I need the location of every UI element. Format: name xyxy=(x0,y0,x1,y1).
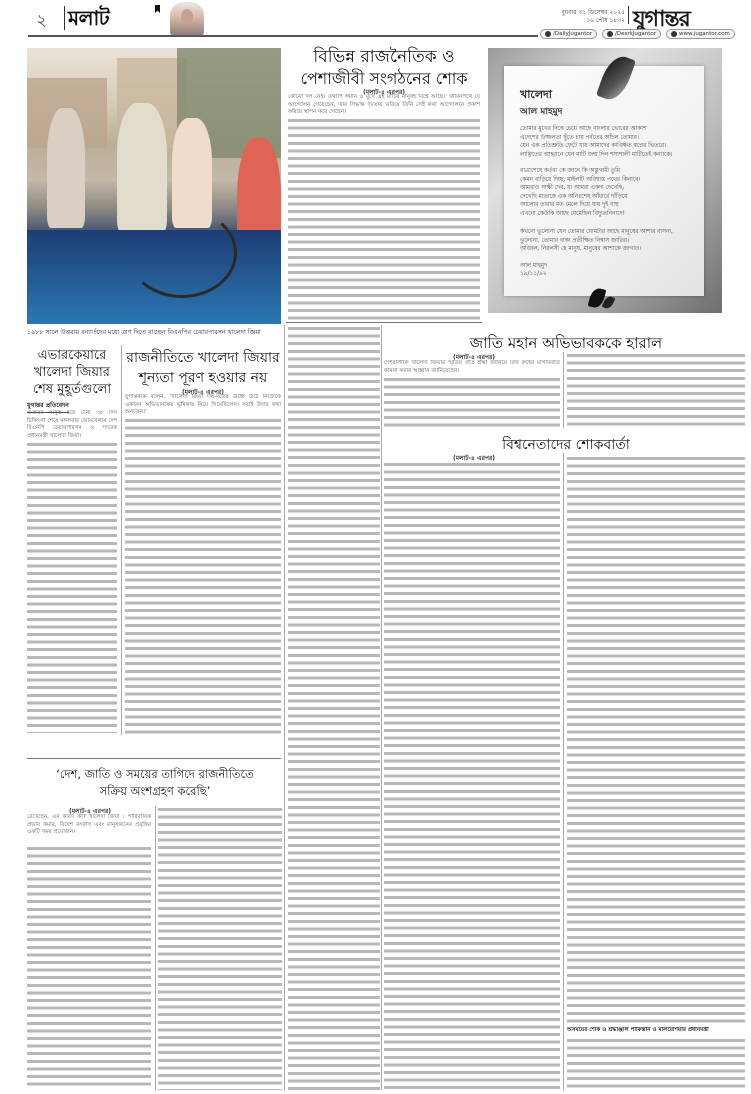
poem-title: খালেদা xyxy=(520,86,552,105)
bookmark-icon xyxy=(155,5,160,13)
x-icon xyxy=(545,31,551,37)
headline-interview-2: সক্রিয় অংশগ্রহণ করেছি’ xyxy=(27,783,283,802)
article-body-guardian-col1 xyxy=(384,376,560,428)
article-body-world-leaders-col1 xyxy=(384,461,560,1090)
dateline: বুধবার ৩১ ডিসেম্বর ২০২৫ ১৬ পৌষ ১৪৩২ xyxy=(520,9,625,25)
article-body-world-leaders-col2 xyxy=(567,455,745,1025)
section-title: মলাট xyxy=(68,4,109,37)
article-body-vacuum-lead: যুগান্তরকে বলেন, ‘খালেদা জিয়া দল-মতের ঊ… xyxy=(125,394,281,416)
photo-caption: ১৯৮৮ সালে উত্তরায় বন্যার্তদের মধ্যে ত্র… xyxy=(27,327,281,338)
article-body-vacuum xyxy=(125,417,281,735)
facebook-icon xyxy=(607,31,613,37)
article-body-guardian-col2 xyxy=(567,352,745,428)
section-divider xyxy=(64,6,65,30)
social-link-website[interactable]: www.jugantor.com xyxy=(666,29,735,39)
masthead: ২ মলাট বুধবার ৩১ ডিসেম্বর ২০২৫ ১৬ পৌষ ১৪… xyxy=(0,0,751,40)
poem-stanza-1: তোমার মুখের দিকে চেয়ে আছে বাংলার ভোরের … xyxy=(520,125,695,159)
social-link-x[interactable]: /DailyJugantor xyxy=(540,29,597,39)
article-body-guardian-lead: দেশবাসীকে খালেদা জিয়ার স্মৃতির প্রতি শ্… xyxy=(384,360,560,375)
article-body-mourning-continued xyxy=(288,325,380,1090)
social-link-facebook[interactable]: /DesrkJugantor xyxy=(602,29,661,39)
article-body-interview-col1 xyxy=(27,845,151,1090)
divider xyxy=(286,322,482,323)
brand-divider xyxy=(628,6,629,24)
page-number: ২ xyxy=(36,8,47,36)
article-body-mourning xyxy=(288,117,480,322)
poem-stanza-3: কখনো ভুলোনা যেন তোমার ঘোমটার আছে মানুষের… xyxy=(520,228,695,254)
date-bengali: ১৬ পৌষ ১৪৩২ xyxy=(520,17,625,25)
poem-stanza-2: রাত্রাশেষে কর্তব্য কে জানে কি অস্তুগামী … xyxy=(520,167,695,218)
article-body-mourning-lead: কোনো দল নেই। তথাপি ঈমান ও মুখে এই মাটির … xyxy=(288,94,480,116)
header-rule xyxy=(28,35,538,37)
poem-author: আল মাহমুদ xyxy=(520,104,562,119)
subhead-closing: অসময়ের শোক ও শ্রদ্ধাঞ্জলি পাকিস্তান ও ম… xyxy=(567,1027,745,1036)
globe-icon xyxy=(671,31,677,37)
poem-signature: আল মাহমুদ ১৯/১১/৯২ xyxy=(520,262,547,278)
article-body-interview-col2 xyxy=(158,806,282,1090)
article-body-evercare xyxy=(27,441,117,733)
date-gregorian: বুধবার ৩১ ডিসেম্বর ২০২৫ xyxy=(520,9,625,17)
khaleda-zia-portrait xyxy=(170,2,204,36)
article-body-interview-lead: রেখেছেন, এর কারণ কী? খালেদা জিয়া : পারি… xyxy=(27,814,151,844)
news-photo-rickshaw-flood xyxy=(27,48,281,324)
article-body-evercare-lead: গুরুতর অসুস্থ হয়ে টানা ৩৮ দিন চিকিৎসা শ… xyxy=(27,410,117,440)
article-body-world-leaders-col2-end xyxy=(567,1037,745,1090)
headline-evercare-3: শেষ মুহূর্তগুলো xyxy=(27,380,117,401)
social-links: /DailyJugantor /DesrkJugantor www.jugant… xyxy=(540,29,735,39)
